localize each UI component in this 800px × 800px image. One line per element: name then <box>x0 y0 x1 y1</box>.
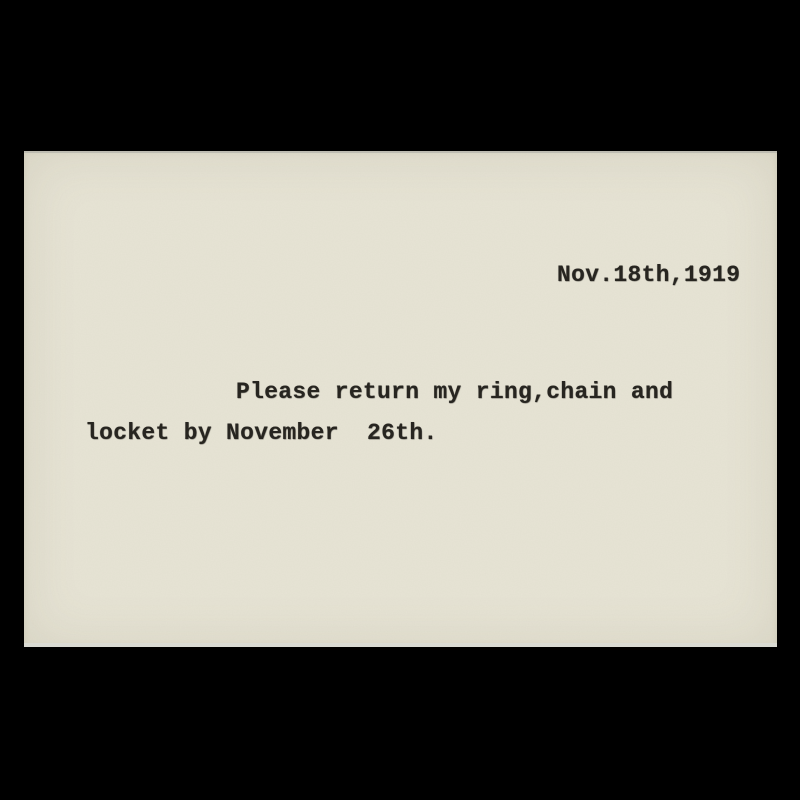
note-body-line-2: locket by November 26th. <box>85 422 438 445</box>
typed-note-paper: Nov.18th,1919 Please return my ring,chai… <box>24 151 777 647</box>
photo-background: Nov.18th,1919 Please return my ring,chai… <box>0 0 800 800</box>
note-body-line-1: Please return my ring,chain and <box>236 381 673 404</box>
paper-bottom-edge <box>24 643 777 647</box>
paper-top-edge <box>24 151 777 153</box>
date-line: Nov.18th,1919 <box>557 264 740 287</box>
